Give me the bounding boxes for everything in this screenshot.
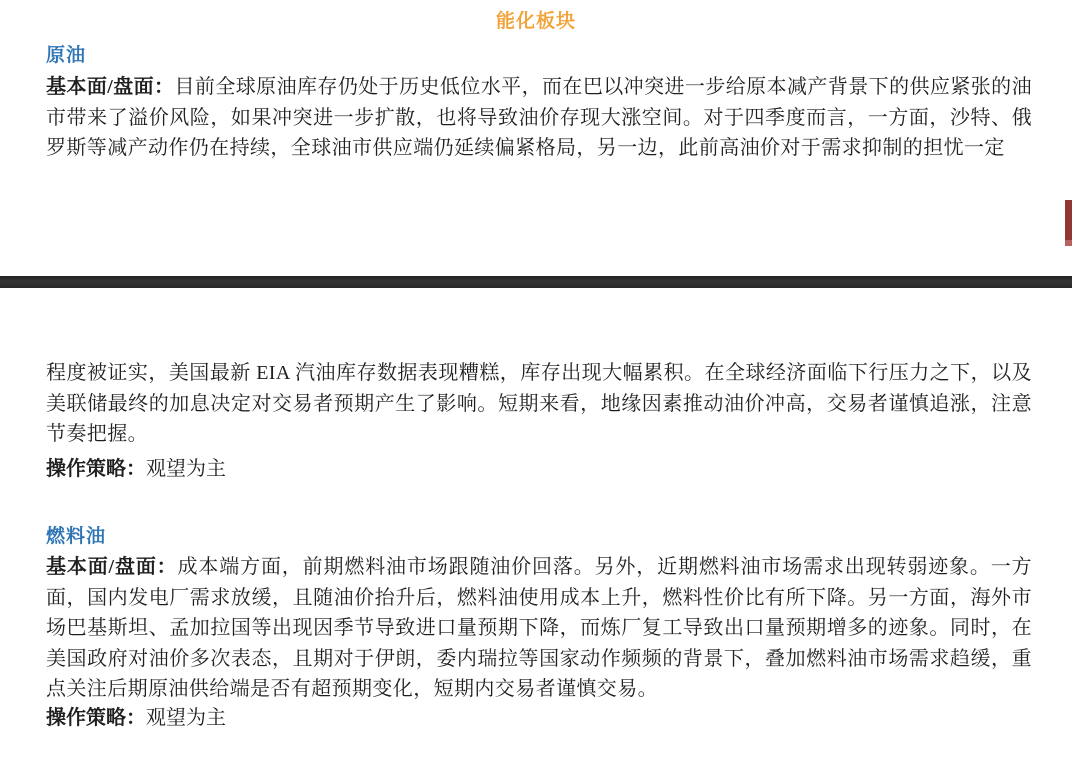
crude-oil-body-text-2: 程度被证实，美国最新 EIA 汽油库存数据表现糟糕，库存出现大幅累积。在全球经济… bbox=[46, 362, 1032, 445]
strategy-label: 操作策略： bbox=[46, 458, 146, 480]
heading-crude-oil: 原油 bbox=[46, 40, 86, 67]
strategy-label: 操作策略： bbox=[46, 707, 146, 729]
fundamentals-label: 基本面/盘面： bbox=[46, 76, 174, 98]
strategy-value: 观望为主 bbox=[146, 458, 226, 480]
heading-fuel-oil: 燃料油 bbox=[46, 521, 106, 548]
page-break-bar bbox=[0, 276, 1072, 288]
crude-oil-paragraph-part2: 程度被证实，美国最新 EIA 汽油库存数据表现糟糕，库存出现大幅累积。在全球经济… bbox=[46, 358, 1032, 450]
fuel-oil-strategy: 操作策略：观望为主 bbox=[46, 703, 1032, 733]
strategy-value: 观望为主 bbox=[146, 707, 226, 729]
crude-oil-body-text-1: 目前全球原油库存仍处于历史低位水平，而在巴以冲突进一步给原本减产背景下的供应紧张… bbox=[46, 76, 1032, 159]
right-edge-red-mark bbox=[1065, 200, 1072, 240]
fuel-oil-body-text: 成本端方面，前期燃料油市场跟随油价回落。另外，近期燃料油市场需求出现转弱迹象。一… bbox=[46, 556, 1032, 700]
fuel-oil-paragraph: 基本面/盘面：成本端方面，前期燃料油市场跟随油价回落。另外，近期燃料油市场需求出… bbox=[46, 552, 1032, 705]
document-title: 能化板块 bbox=[0, 6, 1072, 33]
crude-oil-strategy: 操作策略：观望为主 bbox=[46, 454, 1032, 484]
fundamentals-label: 基本面/盘面： bbox=[46, 556, 178, 578]
crude-oil-paragraph-part1: 基本面/盘面：目前全球原油库存仍处于历史低位水平，而在巴以冲突进一步给原本减产背… bbox=[46, 72, 1032, 164]
document-page: 能化板块 原油 基本面/盘面：目前全球原油库存仍处于历史低位水平，而在巴以冲突进… bbox=[0, 0, 1072, 757]
